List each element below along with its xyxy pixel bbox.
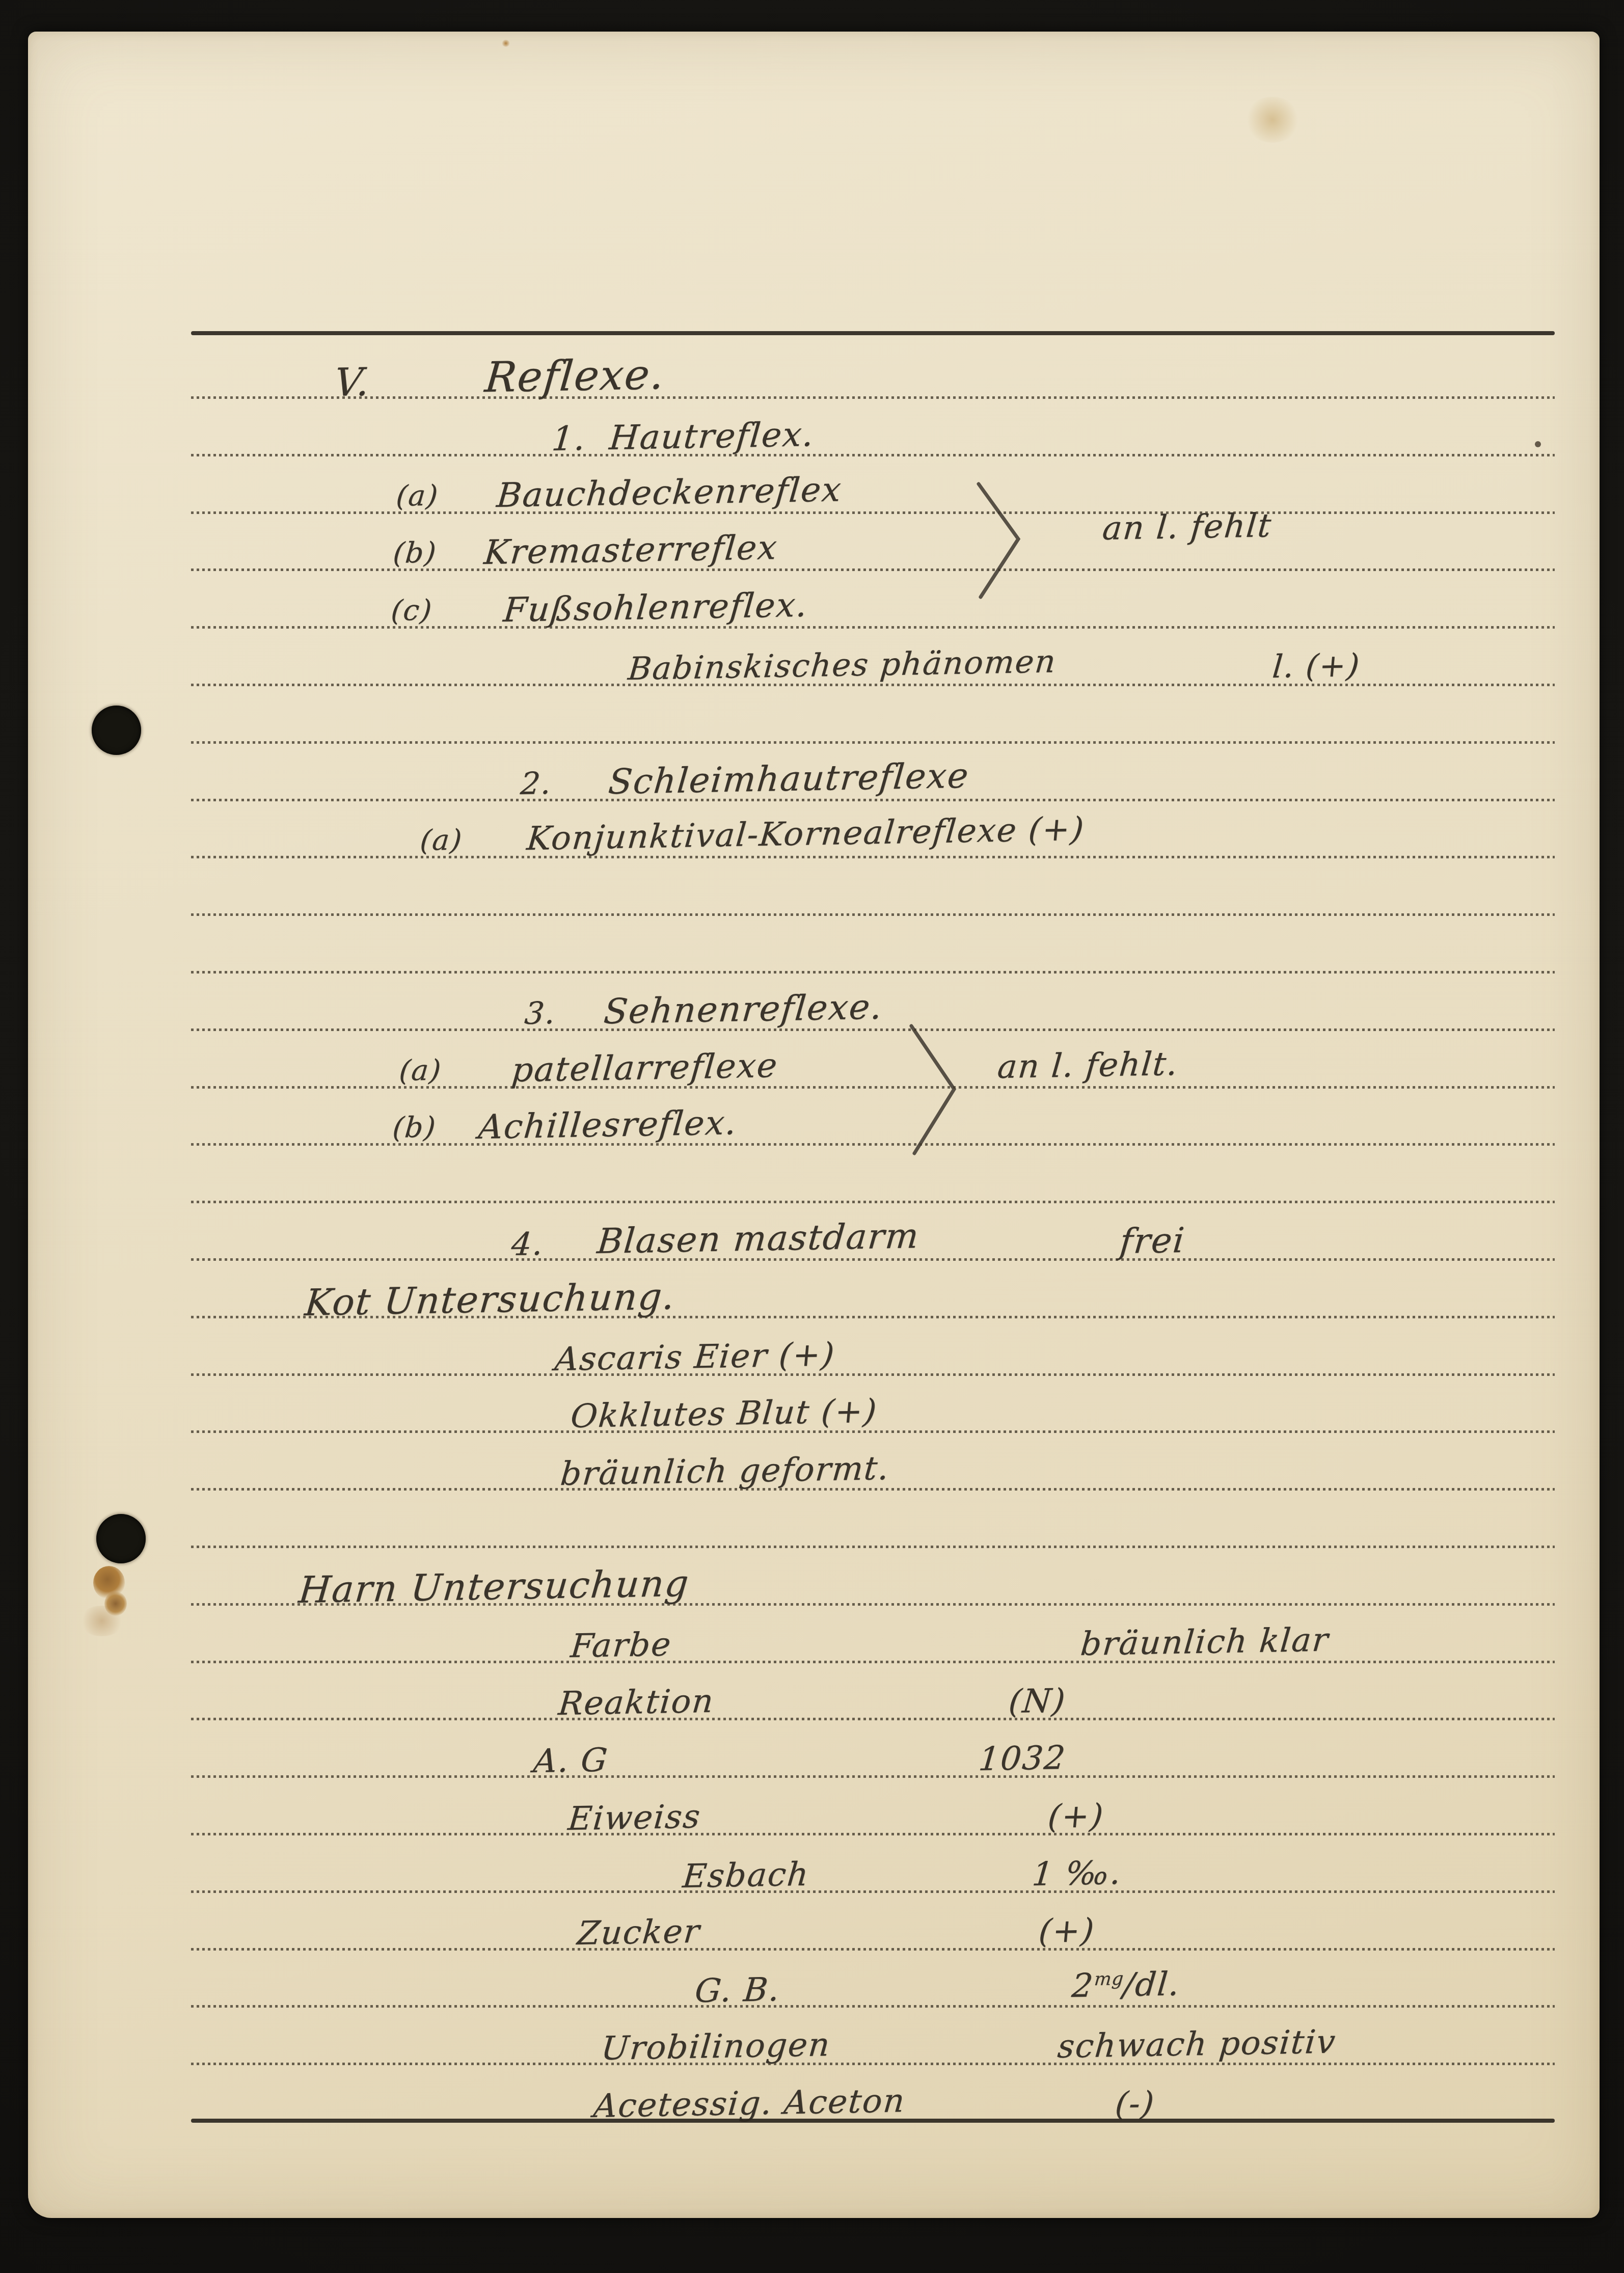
tendon-a-label: patellarreflexe: [510, 1046, 779, 1090]
tendon-b-label: Achillesreflex.: [477, 1103, 739, 1147]
bladder-label: Blasen mastdarm: [596, 1216, 921, 1262]
ruled-line: [191, 684, 1555, 686]
age-stain: [1244, 97, 1301, 143]
item-a-label: Bauchdeckenreflex: [495, 470, 844, 515]
stool-row: Ascaris Eier (+): [553, 1336, 836, 1378]
punch-hole-bottom: [96, 1514, 146, 1563]
subsection-3-title: Sehnenreflexe.: [602, 987, 884, 1032]
ruled-line: [191, 1948, 1555, 1951]
ruled-line: [191, 1430, 1555, 1433]
gb-value-unit: /dl.: [1122, 1965, 1182, 2004]
urine-esbach-label: Esbach: [681, 1856, 811, 1896]
item-c-marker: (c): [390, 594, 434, 628]
notebook-page: V. Reflexe. 1.Hautreflex. (a) Bauchdecke…: [28, 32, 1600, 2218]
urine-aceton-value: (-): [1114, 2085, 1156, 2123]
subsection-1: 1.Hautreflex.: [550, 415, 816, 458]
subsection-2-title: Schleimhautreflexe: [607, 756, 971, 802]
ruled-line: [191, 1373, 1555, 1376]
mucosa-a-marker: (a): [419, 824, 464, 857]
stool-row: bräunlich geformt.: [559, 1450, 891, 1493]
ruled-line: [191, 2063, 1555, 2065]
urine-reaktion-value: (N): [1007, 1682, 1068, 1721]
solid-rule: [191, 2119, 1555, 2123]
urine-eiweiss-value: (+): [1046, 1797, 1105, 1836]
urine-gb-value: 2mg/dl.: [1070, 1965, 1182, 2005]
ruled-line: [191, 511, 1555, 514]
ruled-line: [191, 913, 1555, 916]
urine-zucker-value: (+): [1037, 1912, 1096, 1951]
item-a-marker: (a): [395, 479, 440, 513]
gb-value-number: 2: [1070, 1967, 1095, 2005]
subsection-1-num: 1.: [550, 419, 588, 458]
urine-eiweiss-label: Eiweiss: [566, 1798, 702, 1838]
punch-hole-top: [92, 706, 141, 755]
urine-urobilinogen-value: schwach positiv: [1056, 2023, 1338, 2066]
subsection-4-num: 4.: [510, 1225, 546, 1263]
solid-rule: [191, 331, 1555, 335]
ruled-line: [191, 1086, 1555, 1089]
urine-urobilinogen-label: Urobilinogen: [600, 2026, 832, 2068]
ruled-line: [191, 1316, 1555, 1318]
ink-spot: [1535, 441, 1541, 447]
ruled-line: [191, 396, 1555, 399]
ruled-line: [191, 856, 1555, 858]
rust-stain: [93, 1566, 125, 1600]
rust-stain: [104, 1591, 127, 1616]
age-spot: [502, 40, 510, 47]
ruled-line: [191, 2005, 1555, 2008]
urine-sg-label: A. G: [532, 1741, 610, 1780]
ruled-line: [191, 971, 1555, 973]
tendon-b-marker: (b): [391, 1111, 438, 1145]
ruled-line: [191, 1488, 1555, 1491]
urine-farbe-label: Farbe: [569, 1626, 673, 1665]
section-title: Reflexe.: [483, 350, 667, 402]
rust-stain: [79, 1606, 125, 1636]
subsection-3-num: 3.: [523, 995, 557, 1032]
ruled-line: [191, 1833, 1555, 1835]
annotation-tendon: an l. fehlt.: [996, 1045, 1180, 1086]
ruled-line: [191, 1143, 1555, 1146]
subsection-2-num: 2.: [519, 766, 553, 802]
item-b-marker: (b): [392, 536, 438, 570]
ruled-line: [191, 1546, 1555, 1548]
ruled-line: [191, 569, 1555, 571]
bladder-value: frei: [1118, 1221, 1187, 1262]
subsection-1-title: Hautreflex.: [608, 415, 816, 457]
ruled-line: [191, 1201, 1555, 1203]
scanned-document: V. Reflexe. 1.Hautreflex. (a) Bauchdecke…: [0, 0, 1624, 2273]
grouping-bracket: [976, 482, 1022, 600]
gb-value-unit-sup: mg: [1093, 1968, 1125, 1990]
ruled-line: [191, 626, 1555, 629]
ruled-line: [191, 1029, 1555, 1031]
stool-row: Okklutes Blut (+): [569, 1393, 879, 1436]
urine-gb-label: G. B.: [693, 1971, 782, 2010]
babinski-value: l. (+): [1271, 646, 1362, 685]
ruled-line: [191, 1603, 1555, 1606]
item-b-label: Kremasterreflex: [482, 528, 779, 572]
babinski-label: Babinskisches phänomen: [627, 642, 1058, 687]
item-c-label: Fußsohlenreflex.: [502, 585, 809, 630]
urine-zucker-label: Zucker: [576, 1913, 702, 1953]
ruled-line: [191, 741, 1555, 744]
ruled-line: [191, 454, 1555, 456]
ruled-line: [191, 799, 1555, 801]
grouping-bracket: [907, 1024, 959, 1157]
urine-sg-value: 1032: [977, 1739, 1068, 1778]
ruled-line: [191, 1718, 1555, 1720]
ruled-line: [191, 1661, 1555, 1663]
urine-reaktion-label: Reaktion: [557, 1683, 716, 1723]
tendon-a-marker: (a): [398, 1054, 443, 1088]
ruled-line: [191, 1890, 1555, 1893]
urine-esbach-value: 1 ‰.: [1031, 1854, 1123, 1893]
ruled-line: [191, 1258, 1555, 1261]
mucosa-a-label: Konjunktival-Kornealreflexe (+): [525, 810, 1086, 858]
urine-farbe-value: bräunlich klar: [1079, 1621, 1331, 1663]
ruled-line: [191, 1775, 1555, 1778]
